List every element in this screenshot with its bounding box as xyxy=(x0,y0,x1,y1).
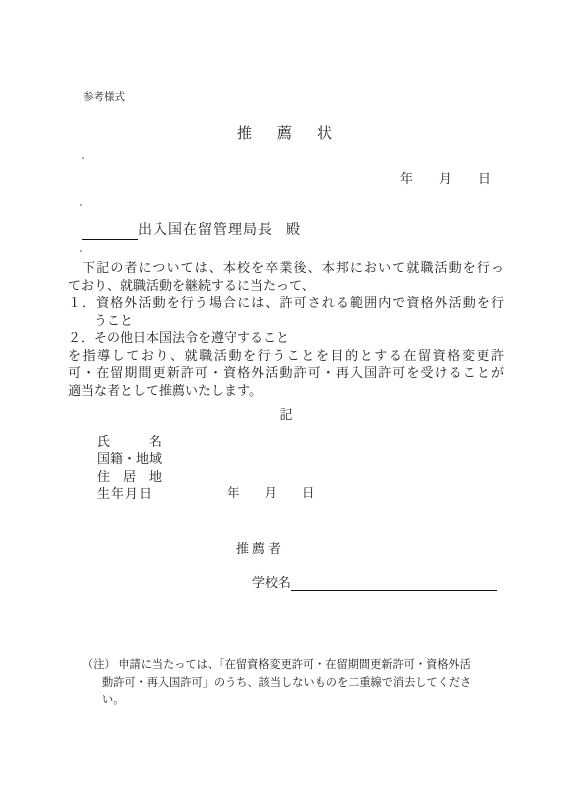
field-label-name: 氏 名 xyxy=(97,434,162,449)
body-line: 適当な者として推薦いたします。 xyxy=(68,382,504,400)
addressee-blank-line xyxy=(82,223,138,240)
stray-mark xyxy=(80,204,82,206)
recommender-label: 推薦者 xyxy=(236,542,284,557)
addressee-line: 出入国在留管理局長殿 xyxy=(138,223,301,239)
note-line: （注） 申請に当たっては、「在留資格変更許可・在留期間更新許可・資格外活 xyxy=(82,657,471,675)
note-line: い。 xyxy=(102,692,124,710)
body-line: 可・在留期間更新許可・資格外活動許可・再入国許可を受けることが xyxy=(68,364,504,382)
field-label-address: 住 居 地 xyxy=(97,469,162,484)
stray-mark xyxy=(82,157,84,159)
body-line: ２．その他日本国法令を遵守すること xyxy=(68,329,504,347)
body-line: を指導しており、就職活動を行うことを目的とする在留資格変更許 xyxy=(68,347,504,365)
form-style-label: 参考様式 xyxy=(83,92,125,104)
body-line: １．資格外活動を行う場合には、許可される範囲内で資格外活動を行 xyxy=(68,294,504,312)
section-marker-ki: 記 xyxy=(68,408,504,423)
stray-mark xyxy=(80,250,82,252)
school-name-label: 学校名 xyxy=(252,575,291,590)
document-page: 参考様式 推薦状 年 月 日 出入国在留管理局長殿 下記の者については、本校を卒… xyxy=(0,0,570,809)
document-title: 推薦状 xyxy=(237,126,357,142)
note-line: 動許可・再入国許可」のうち、該当しないものを二重線で消去してくださ xyxy=(102,675,471,693)
body-line: うこと xyxy=(68,312,504,330)
field-label-nationality: 国籍・地域 xyxy=(97,451,162,466)
header-date-line: 年 月 日 xyxy=(400,172,491,187)
field-value-birthdate: 年 月 日 xyxy=(227,486,315,501)
addressee-name: 出入国在留管理局長 xyxy=(138,223,273,238)
school-name-blank-line xyxy=(291,575,497,591)
addressee-honorific: 殿 xyxy=(286,223,301,238)
body-line: 下記の者については、本校を卒業後、本邦において就職活動を行っ xyxy=(68,259,504,277)
field-label-birthdate: 生年月日 xyxy=(97,486,153,501)
body-line: ており、就職活動を継続するに当たって、 xyxy=(68,277,504,295)
